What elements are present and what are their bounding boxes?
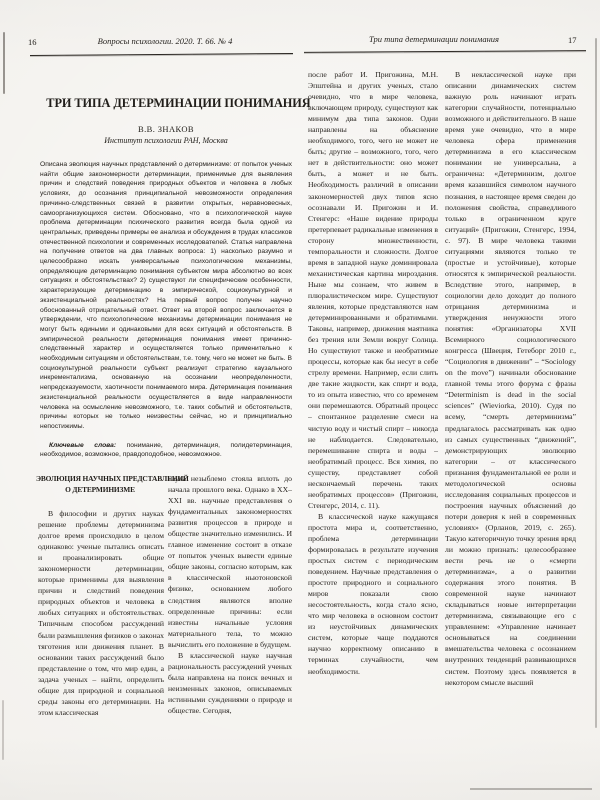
- scan-edge-bottom: [470, 788, 592, 790]
- paragraph: наука незыблемо стояла вплоть до начала …: [168, 473, 292, 650]
- right-header-rule: [304, 50, 586, 53]
- scanned-journal-spread: 16 Вопросы психологии. 2020. Т. 66. № 4 …: [0, 0, 600, 800]
- left-page-column-2: наука незыблемо стояла вплоть до начала …: [168, 473, 292, 778]
- paragraph: после работ И. Пригожина, М.Н. Эпштейна …: [308, 69, 438, 511]
- scan-edge-left: [3, 32, 5, 94]
- section-heading: ЭВОЛЮЦИЯ НАУЧНЫХ ПРЕДСТАВЛЕНИЙ О ДЕТЕРМИ…: [36, 473, 164, 495]
- abstract-block: Описана эволюция научных представлений о…: [40, 160, 292, 460]
- left-page-number: 16: [28, 37, 37, 47]
- right-page-column-2: В неклассической науке при описании дина…: [445, 69, 576, 780]
- section-heading-line1: ЭВОЛЮЦИЯ НАУЧНЫХ ПРЕДСТАВЛЕНИЙ: [36, 473, 164, 484]
- scan-edge-right: [595, 38, 597, 728]
- left-running-head: Вопросы психологии. 2020. Т. 66. № 4: [58, 36, 272, 46]
- article-title: ТРИ ТИПА ДЕТЕРМИНАЦИИ ПОНИМАНИЯ: [46, 95, 285, 111]
- left-header-rule: [30, 53, 293, 56]
- article-author: В.В. ЗНАКОВ: [40, 124, 292, 134]
- scan-edge-left-lower: [2, 700, 4, 760]
- right-page-number: 17: [568, 35, 577, 45]
- right-page-column-1: после работ И. Пригожина, М.Н. Эпштейна …: [308, 69, 438, 780]
- right-running-head: Три типа детерминации понимания: [318, 34, 550, 44]
- article-affiliation: Институт психологии РАН, Москва: [40, 136, 292, 145]
- paragraph: В неклассической науке при описании дина…: [445, 69, 576, 688]
- paragraph: В классической науке научная рационально…: [168, 650, 292, 716]
- keywords-line: Ключевые слова: понимание, детерминация,…: [40, 441, 292, 460]
- section-heading-line2: О ДЕТЕРМИНИЗМЕ: [36, 484, 164, 495]
- abstract-text: Описана эволюция научных представлений о…: [40, 160, 292, 432]
- paragraph: В философии и других науках решение проб…: [38, 508, 164, 718]
- paragraph: В классической науке кажущаяся простота …: [308, 511, 438, 677]
- keywords-label: Ключевые слова:: [49, 442, 116, 449]
- left-page-column-1: В философии и других науках решение проб…: [38, 508, 164, 778]
